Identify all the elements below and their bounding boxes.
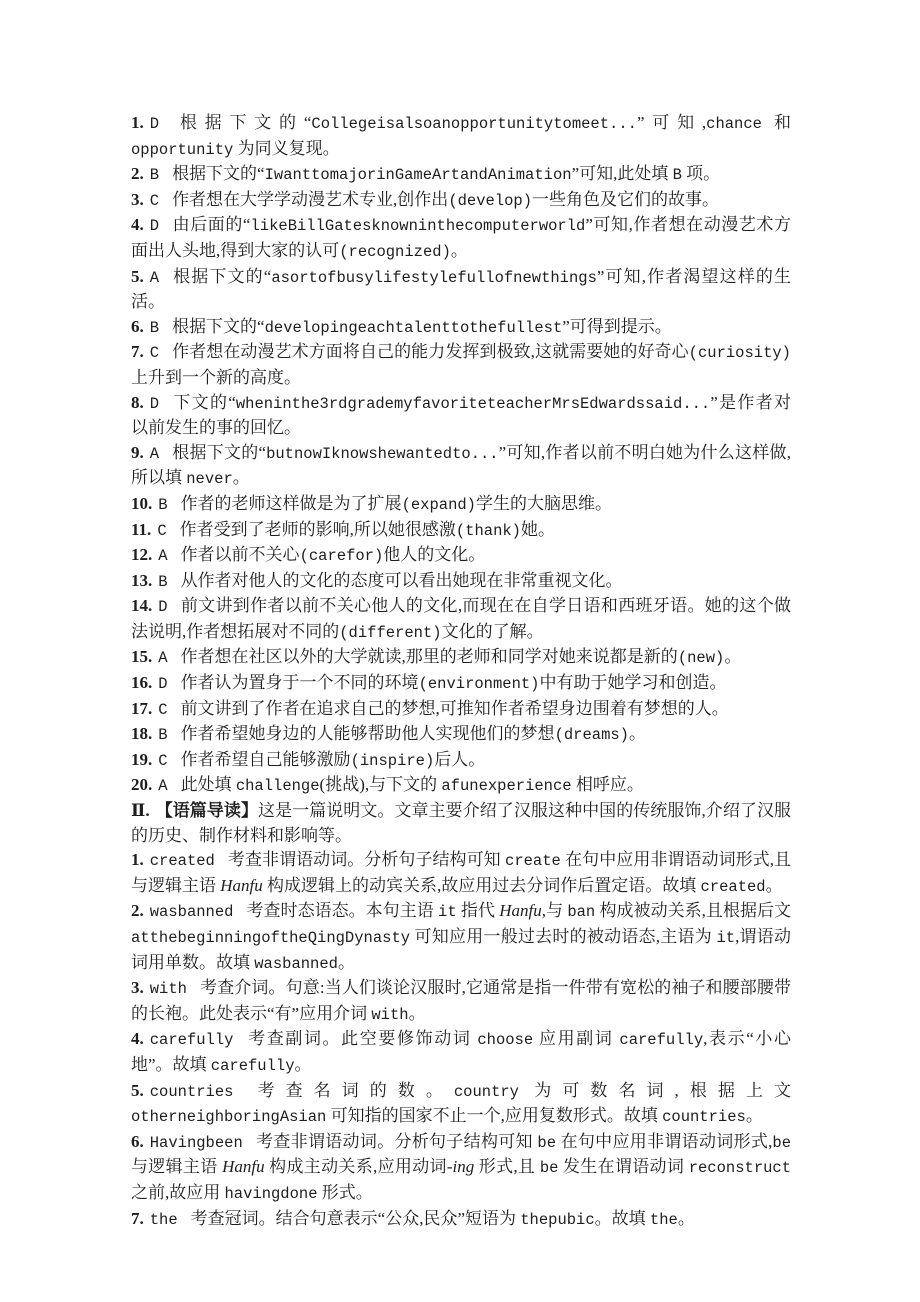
answer-value: C — [150, 192, 159, 210]
item-number: 3. — [131, 978, 144, 997]
item-number: 5. — [131, 267, 144, 286]
english-text: (expand) — [402, 496, 476, 514]
english-text: create — [505, 852, 561, 870]
english-text: (curiosity) — [689, 344, 791, 362]
explanation-text: 作者的老师这样做是为了扩展 — [181, 494, 402, 513]
italic-term: -ing — [447, 1157, 474, 1176]
explanation-text: 之前,故应用 — [131, 1183, 225, 1202]
english-text: afunexperience — [441, 777, 571, 795]
answer-item: 3.C作者想在大学学动漫艺术专业,创作出(develop)一些角色及它们的故事。 — [131, 188, 791, 214]
explanation-text: 一些角色及它们的故事。 — [532, 190, 719, 209]
answer-value: B — [150, 319, 159, 337]
explanation-text: 形式,且 — [474, 1157, 540, 1176]
explanation-text: 她。 — [521, 520, 555, 539]
answer-value: B — [158, 496, 167, 514]
explanation-text: 考查非谓语动词。分析句子结构可知 — [256, 1132, 538, 1151]
item-number: 3. — [131, 190, 144, 209]
item-number: 17. — [131, 699, 152, 718]
section-label: 【语篇导读】 — [156, 801, 258, 820]
answer-value: A — [158, 547, 167, 565]
answer-item: 6.B根据下文的“developingeachtalenttothefulles… — [131, 315, 791, 341]
explanation-text: 。 — [233, 468, 250, 487]
answer-value: D — [150, 395, 159, 413]
item-number: 20. — [131, 775, 152, 794]
answer-value: B — [158, 573, 167, 591]
explanation-text: 。 — [746, 1106, 763, 1125]
answer-value: created — [150, 852, 215, 870]
english-text: havingdone — [225, 1185, 318, 1203]
explanation-text: 考查副词。此空要修饰动词 — [246, 1029, 477, 1048]
answer-value: D — [150, 217, 159, 235]
item-number: 7. — [131, 342, 144, 361]
english-text: (recognized) — [339, 243, 451, 261]
answer-item: 5.countries考查名词的数。country 为可数名词,根据上文 oth… — [131, 1079, 791, 1130]
answer-value: carefully — [150, 1031, 234, 1049]
english-text: wheninthe3rdgrademyfavoriteteacherMrsEdw… — [236, 395, 710, 413]
answer-item: 1.created考查非谓语动词。分析句子结构可知 create 在句中应用非谓… — [131, 848, 791, 899]
explanation-text: 考查时态语态。本句主语 — [246, 901, 438, 920]
english-text: Collegeisalsoanopportunitytomeet... — [311, 115, 637, 133]
answer-value: A — [150, 445, 159, 463]
answer-item: 1.D根据下文的“Collegeisalsoanopportunitytomee… — [131, 111, 791, 162]
explanation-text: 作者希望她身边的人能够帮助他人实现他们的梦想 — [181, 724, 555, 743]
explanation-text: 考查介词。句意:当人们谈论汉服时,它通常是指一件带有宽松的袖子和腰部腰带的长袍。… — [131, 978, 791, 1023]
explanation-text: 后人。 — [434, 750, 485, 769]
item-number: 11. — [131, 520, 151, 539]
explanation-text: 根据下文的“ — [172, 164, 265, 183]
english-text: countries — [662, 1108, 746, 1126]
english-text: developingeachtalenttothefullest — [265, 319, 563, 337]
answer-value: C — [158, 701, 167, 719]
english-text: choose — [477, 1031, 533, 1049]
explanation-text: ”可知, — [637, 113, 706, 132]
answer-value: the — [150, 1211, 178, 1229]
explanation-text: 上升到一个新的高度。 — [131, 368, 301, 387]
answer-item: 20.A此处填 challenge(挑战),与下文的 afunexperienc… — [131, 773, 791, 799]
explanation-text: 作者想在动漫艺术方面将自己的能力发挥到极致,这就需要她的好奇心 — [172, 342, 689, 361]
english-text: carefully — [619, 1031, 703, 1049]
english-text: it — [438, 903, 457, 921]
explanation-text: 相呼应。 — [572, 775, 644, 794]
explanation-text: 作者希望自己能够激励 — [181, 750, 351, 769]
explanation-text: 作者受到了老师的影响,所以她很感激 — [180, 520, 456, 539]
explanation-text: ”可知,此处填 — [572, 164, 673, 183]
explanation-text: 根据下文的“ — [172, 443, 266, 462]
explanation-text: 为同义复现。 — [233, 139, 339, 158]
english-text: IwanttomajorinGameArtandAnimation — [265, 166, 572, 184]
english-text: thepubic — [520, 1211, 594, 1229]
explanation-text: ”可得到提示。 — [562, 317, 672, 336]
english-text: likeBillGatesknowninthecomputerworld — [250, 217, 585, 235]
english-text: challenge — [236, 777, 320, 795]
explanation-text: 作者认为置身于一个不同的环境 — [181, 673, 419, 692]
italic-term: Hanfu — [222, 1157, 265, 1176]
explanation-text: 构成被动关系,且根据后文 — [595, 901, 791, 920]
item-number: 5. — [131, 1081, 144, 1100]
english-text: wasbanned — [254, 955, 338, 973]
answer-item: 15.A作者想在社区以外的大学就读,那里的老师和同学对她来说都是新的(new)。 — [131, 645, 791, 671]
answer-item: 2.wasbanned考查时态语态。本句主语 it 指代 Hanfu,与 ban… — [131, 899, 791, 976]
english-text: (dreams) — [555, 726, 629, 744]
explanation-text: ,与 — [542, 901, 568, 920]
explanation-text: 。 — [724, 647, 741, 666]
explanation-text: 与逻辑主语 — [131, 1157, 222, 1176]
answer-item: 7.the考查冠词。结合句意表示“公众,民众”短语为 thepubic。故填 t… — [131, 1207, 791, 1233]
explanation-text: 在句中应用非谓语动词形式, — [556, 1132, 772, 1151]
explanation-text: 学生的大脑思维。 — [476, 494, 612, 513]
explanation-text: 由后面的“ — [172, 215, 250, 234]
english-text: it — [716, 929, 735, 947]
item-number: 19. — [131, 750, 152, 769]
explanation-text: 中有助于她学习和创造。 — [539, 673, 726, 692]
explanation-text: 此处填 — [181, 775, 236, 794]
answer-value: A — [150, 269, 159, 287]
answer-item: 2.B根据下文的“IwanttomajorinGameArtandAnimati… — [131, 162, 791, 188]
answer-value: B — [150, 166, 159, 184]
explanation-text: 。 — [629, 724, 646, 743]
item-number: 14. — [131, 596, 152, 615]
english-text: ban — [567, 903, 595, 921]
english-text: never — [186, 470, 233, 488]
answer-value: D — [150, 115, 159, 133]
english-text: reconstruct — [689, 1159, 791, 1177]
explanation-text: 根据下文的“ — [172, 317, 265, 336]
item-number: 4. — [131, 1029, 144, 1048]
answer-item: 14.D前文讲到作者以前不关心他人的文化,而现在在自学日语和西班牙语。她的这个做… — [131, 594, 791, 645]
answer-value: D — [158, 598, 167, 616]
answer-key-page: 1.D根据下文的“Collegeisalsoanopportunitytomee… — [0, 0, 920, 1302]
english-text: (environment) — [419, 675, 540, 693]
answer-item: 13.B从作者对他人的文化的态度可以看出她现在非常重视文化。 — [131, 569, 791, 595]
answer-item: 3.with考查介词。句意:当人们谈论汉服时,它通常是指一件带有宽松的袖子和腰部… — [131, 976, 791, 1027]
answer-item: 7.C作者想在动漫艺术方面将自己的能力发挥到极致,这就需要她的好奇心(curio… — [131, 340, 791, 390]
answer-value: C — [157, 522, 166, 540]
explanation-text: 。 — [409, 1004, 426, 1023]
explanation-text: 。 — [451, 241, 468, 260]
english-text: (thank) — [456, 522, 521, 540]
answer-value: Havingbeen — [150, 1134, 243, 1152]
english-text: opportunity — [131, 141, 233, 159]
explanation-text: 为可数名词,根据上文 — [519, 1081, 791, 1100]
english-text: with — [371, 1006, 408, 1024]
english-text: be — [772, 1134, 791, 1152]
answer-item: 8.D下文的“wheninthe3rdgrademyfavoriteteache… — [131, 391, 791, 441]
explanation-text: 根据下文的“ — [172, 267, 271, 286]
explanation-text: (挑战),与下文的 — [320, 775, 442, 794]
explanation-text: 。故填 — [595, 1209, 650, 1228]
english-text: carefully — [211, 1057, 295, 1075]
english-text: atthebeginningoftheQingDynasty — [131, 929, 410, 947]
answer-item: 19.C作者希望自己能够激励(inspire)后人。 — [131, 748, 791, 774]
english-text: (inspire) — [351, 752, 435, 770]
english-text: created — [701, 878, 766, 896]
english-text: chance — [706, 115, 762, 133]
english-text: (carefor) — [300, 547, 384, 565]
explanation-text: 作者以前不关心 — [181, 545, 300, 564]
answer-value: wasbanned — [150, 903, 234, 921]
answer-item: 18.B作者希望她身边的人能够帮助他人实现他们的梦想(dreams)。 — [131, 722, 791, 748]
answer-item: 16.D作者认为置身于一个不同的环境(environment)中有助于她学习和创… — [131, 671, 791, 697]
explanation-text: 他人的文化。 — [383, 545, 485, 564]
answer-item: 4.carefully考查副词。此空要修饰动词 choose 应用副词 care… — [131, 1027, 791, 1078]
item-number: 1. — [131, 850, 144, 869]
answer-item: Ⅱ.【语篇导读】这是一篇说明文。文章主要介绍了汉服这种中国的传统服饰,介绍了汉服… — [131, 799, 791, 848]
answer-value: with — [150, 980, 187, 998]
explanation-text: 可知应用一般过去时的被动语态,主语为 — [410, 927, 716, 946]
english-text: country — [454, 1083, 519, 1101]
explanation-text: 形式。 — [318, 1183, 373, 1202]
answer-item: 12.A作者以前不关心(carefor)他人的文化。 — [131, 543, 791, 569]
answer-item: 10.B作者的老师这样做是为了扩展(expand)学生的大脑思维。 — [131, 492, 791, 518]
item-number: 18. — [131, 724, 152, 743]
answer-item: 9.A根据下文的“butnowIknowshewantedto...”可知,作者… — [131, 441, 791, 492]
english-text: otherneighboringAsian — [131, 1108, 326, 1126]
item-number: 4. — [131, 215, 144, 234]
explanation-text: 应用副词 — [533, 1029, 619, 1048]
answer-list: 1.D根据下文的“Collegeisalsoanopportunitytomee… — [131, 111, 791, 1232]
answer-value: C — [158, 752, 167, 770]
item-number: 16. — [131, 673, 152, 692]
answer-value: C — [150, 344, 159, 362]
explanation-text: 从作者对他人的文化的态度可以看出她现在非常重视文化。 — [181, 571, 623, 590]
item-number: 1. — [131, 113, 144, 132]
answer-value: D — [158, 675, 167, 693]
item-number: 12. — [131, 545, 152, 564]
answer-value: B — [158, 726, 167, 744]
explanation-text: 构成主动关系,应用动词 — [265, 1157, 447, 1176]
explanation-text: 和 — [762, 113, 791, 132]
english-text: be — [540, 1159, 559, 1177]
answer-item: 4.D由后面的“likeBillGatesknowninthecomputerw… — [131, 213, 791, 264]
explanation-text: 可知指的国家不止一个,应用复数形式。故填 — [326, 1106, 662, 1125]
answer-value: A — [158, 649, 167, 667]
explanation-text: 下文的“ — [172, 393, 236, 412]
explanation-text: 。 — [295, 1055, 312, 1074]
explanation-text: 考查非谓语动词。分析句子结构可知 — [228, 850, 505, 869]
english-text: (different) — [339, 624, 441, 642]
answer-item: 11.C作者受到了老师的影响,所以她很感激(thank)她。 — [131, 518, 791, 544]
english-text: be — [537, 1134, 556, 1152]
item-number: 15. — [131, 647, 152, 666]
explanation-text: 考查冠词。结合句意表示“公众,民众”短语为 — [191, 1209, 521, 1228]
answer-value: countries — [150, 1083, 234, 1101]
english-text: (new) — [678, 649, 725, 667]
explanation-text: 。 — [678, 1209, 695, 1228]
explanation-text: 。 — [338, 953, 355, 972]
italic-term: Hanfu — [220, 876, 263, 895]
explanation-text: 文化的了解。 — [442, 622, 544, 641]
explanation-text: 。 — [766, 876, 783, 895]
explanation-text: 构成逻辑上的动宾关系,故应用过去分词作后置定语。故填 — [263, 876, 701, 895]
item-number: 6. — [131, 1132, 144, 1151]
explanation-text: 作者想在社区以外的大学就读,那里的老师和同学对她来说都是新的 — [181, 647, 678, 666]
explanation-text: 发生在谓语动词 — [558, 1157, 688, 1176]
italic-term: Hanfu — [499, 901, 542, 920]
item-number: 10. — [131, 494, 152, 513]
explanation-text: 根据下文的“ — [172, 113, 311, 132]
explanation-text: 作者想在大学学动漫艺术专业,创作出 — [172, 190, 448, 209]
explanation-text: 前文讲到了作者在追求自己的梦想,可推知作者希望身边围着有梦想的人。 — [181, 699, 729, 718]
english-text: butnowIknowshewantedto... — [266, 445, 499, 463]
english-text: the — [650, 1211, 678, 1229]
item-number: 2. — [131, 164, 144, 183]
item-number: 8. — [131, 393, 144, 412]
english-text: (develop) — [448, 192, 532, 210]
explanation-text: 项。 — [682, 164, 720, 183]
item-number: 6. — [131, 317, 144, 336]
english-text: B — [673, 166, 682, 184]
item-number: 7. — [131, 1209, 144, 1228]
explanation-text: 考查名词的数。 — [246, 1081, 453, 1100]
answer-item: 6.Havingbeen考查非谓语动词。分析句子结构可知 be 在句中应用非谓语… — [131, 1130, 791, 1207]
item-number: Ⅱ. — [131, 801, 150, 820]
english-text: asortofbusylifestylefullofnewthings — [271, 269, 597, 287]
explanation-text: 指代 — [457, 901, 500, 920]
answer-item: 5.A根据下文的“asortofbusylifestylefullofnewth… — [131, 265, 791, 315]
item-number: 2. — [131, 901, 144, 920]
item-number: 9. — [131, 443, 144, 462]
answer-value: A — [158, 777, 167, 795]
answer-item: 17.C前文讲到了作者在追求自己的梦想,可推知作者希望身边围着有梦想的人。 — [131, 697, 791, 723]
item-number: 13. — [131, 571, 152, 590]
